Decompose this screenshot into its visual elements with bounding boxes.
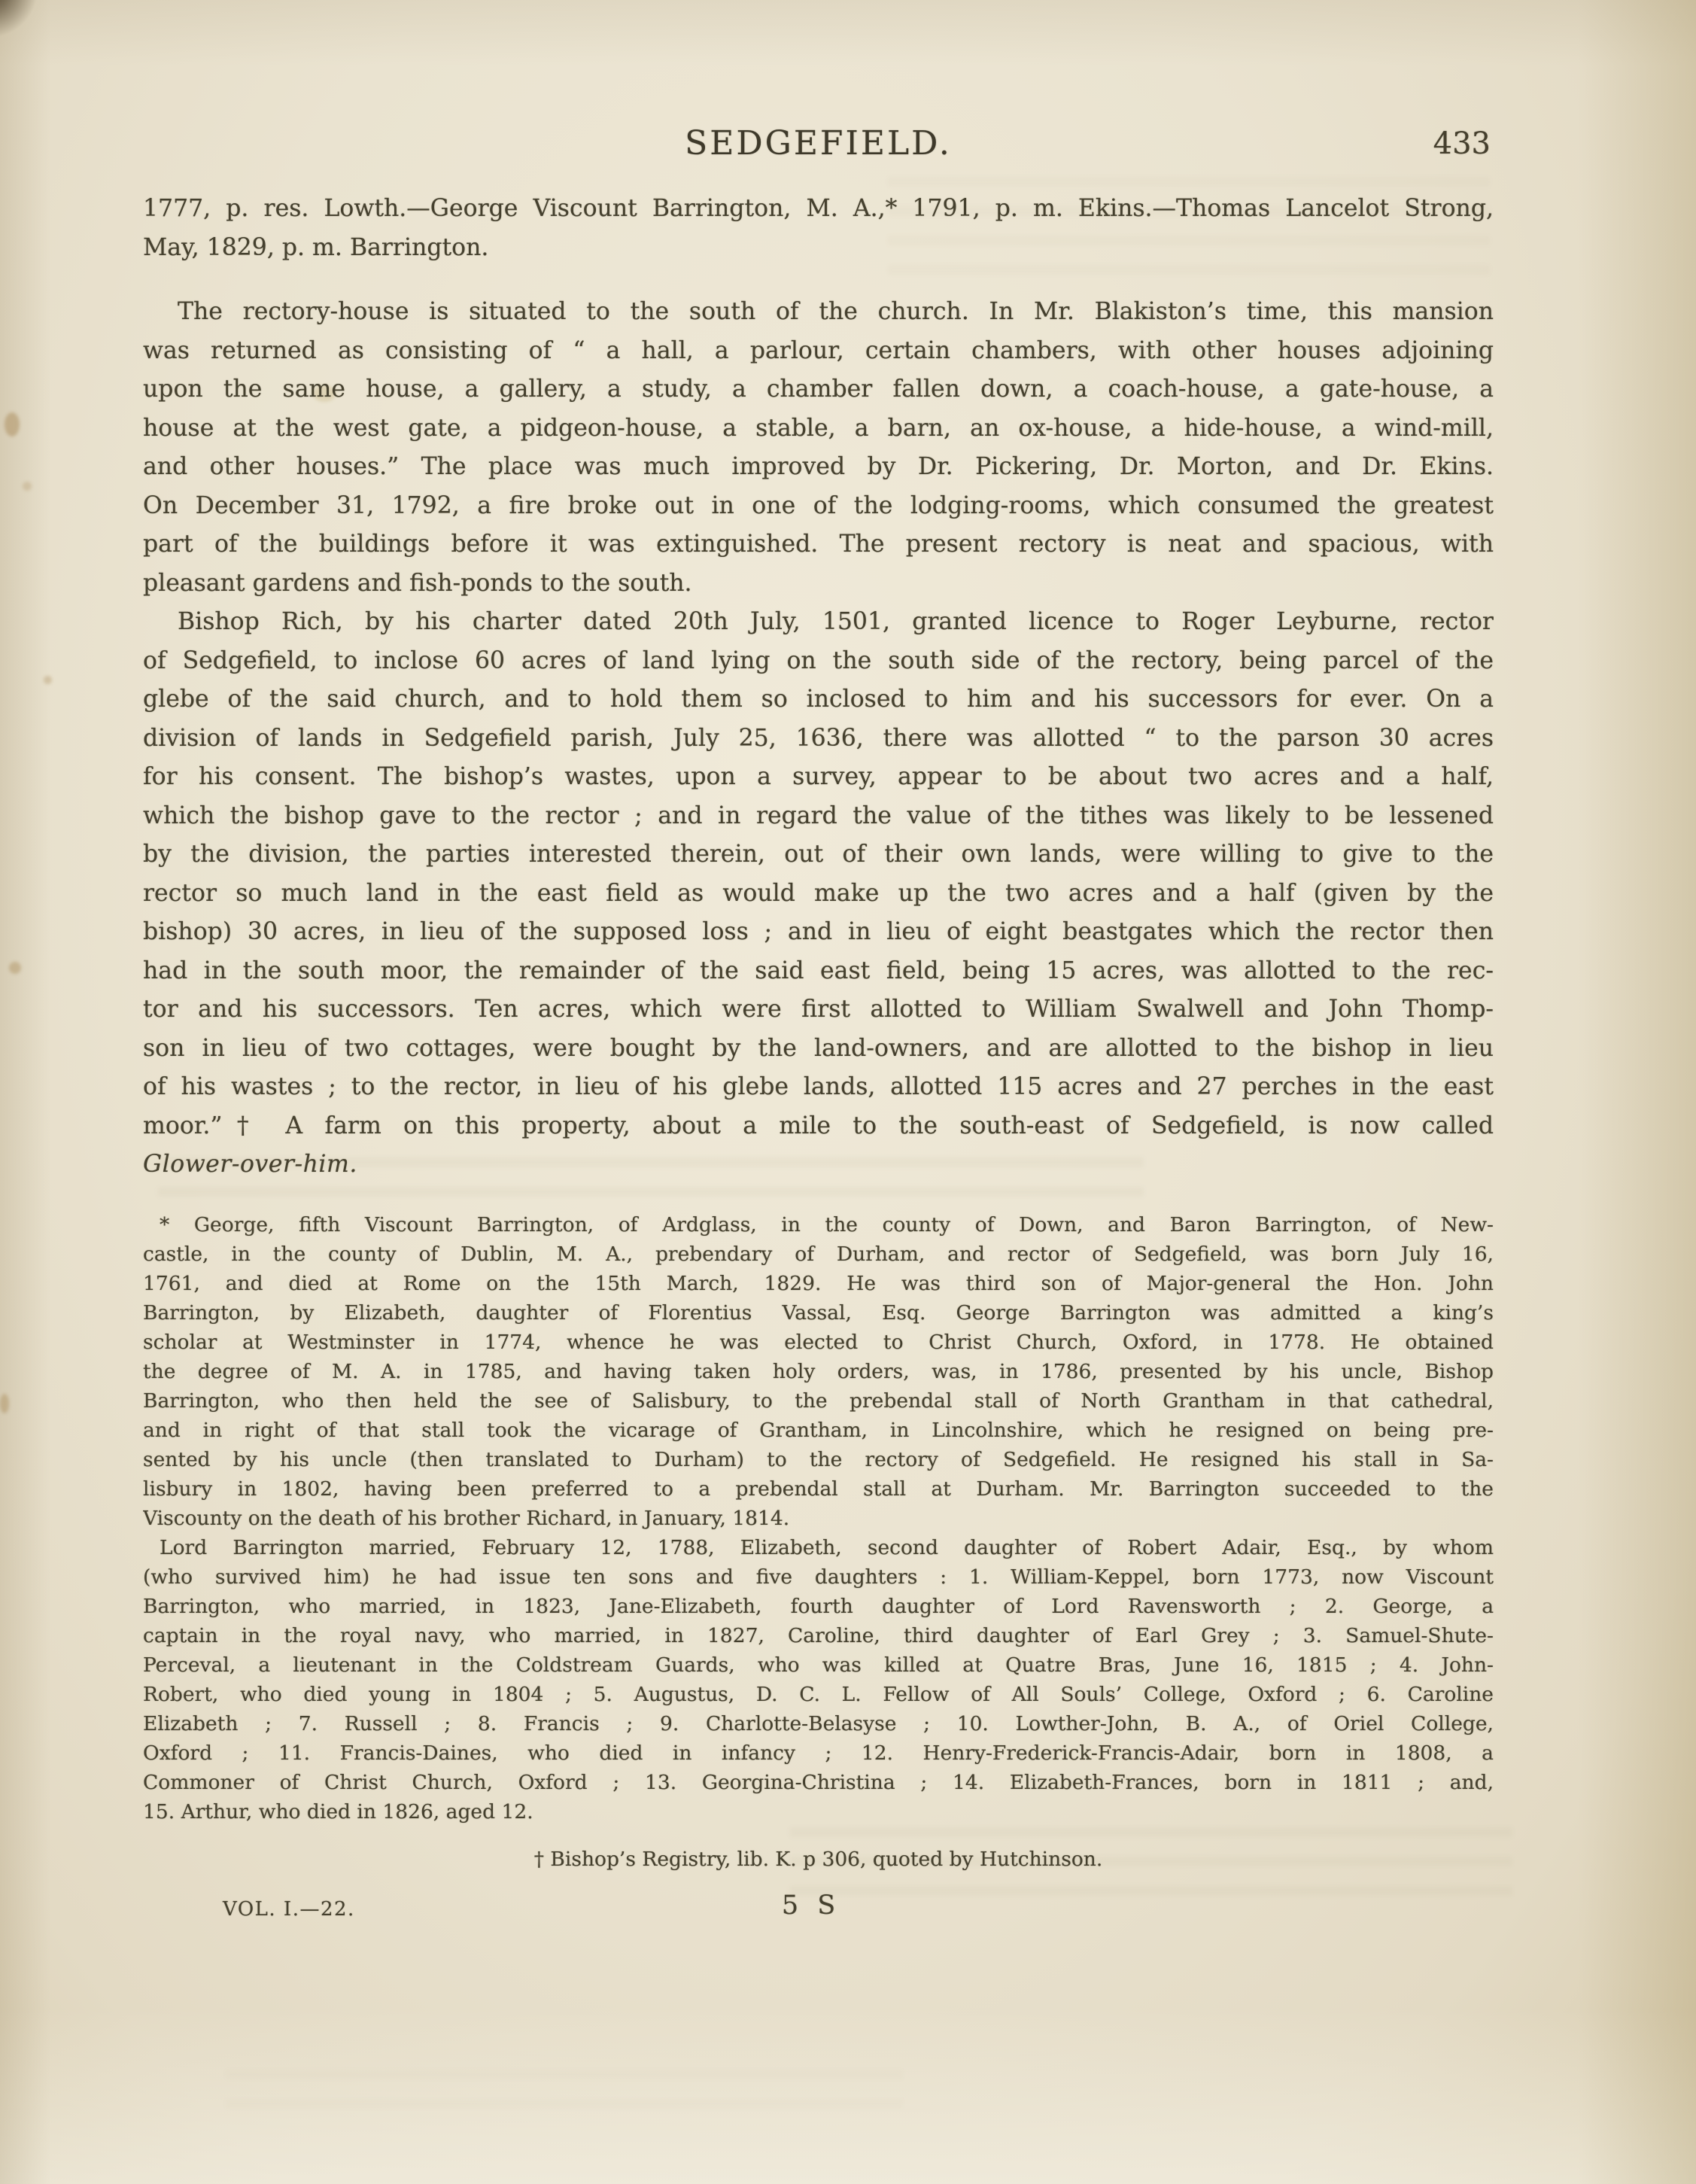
text-line: by the division, the parties interested …	[143, 835, 1494, 875]
text-line: house at the west gate, a pidgeon-house,…	[143, 409, 1494, 449]
paragraph-bishop-rich: Bishop Rich, by his charter dated 20th J…	[143, 603, 1494, 1145]
text-column: SEDGEFIELD. 433 1777, p. res. Lowth.—Geo…	[143, 124, 1494, 1925]
paragraph-incumbents: 1777, p. res. Lowth.—George Viscount Bar…	[143, 190, 1494, 267]
scanned-book-page: SEDGEFIELD. 433 1777, p. res. Lowth.—Geo…	[0, 0, 1696, 2184]
page-title: SEDGEFIELD.	[685, 124, 952, 163]
page-footer: VOL. I.—22. 5 S	[143, 1890, 1494, 1925]
paper-stain	[9, 962, 21, 974]
text-line: 1777, p. res. Lowth.—George Viscount Bar…	[143, 190, 1494, 229]
text-line: scholar at Westminster in 1774, whence h…	[143, 1328, 1494, 1357]
paper-stain	[0, 1394, 9, 1413]
volume-mark: VOL. I.—22.	[223, 1898, 355, 1921]
text-line: 15. Arthur, who died in 1826, aged 12.	[143, 1797, 1494, 1827]
text-line: bishop) 30 acres, in lieu of the suppose…	[143, 913, 1494, 952]
text-line: for his consent. The bishop’s wastes, up…	[143, 758, 1494, 797]
text-line: May, 1829, p. m. Barrington.	[143, 229, 1494, 268]
text-line: The rectory-house is situated to the sou…	[143, 293, 1494, 332]
text-line: Barrington, by Elizabeth, daughter of Fl…	[143, 1298, 1494, 1328]
text-line: the degree of M. A. in 1785, and having …	[143, 1357, 1494, 1386]
text-line: captain in the royal navy, who married, …	[143, 1621, 1494, 1650]
text-line: and in right of that stall took the vica…	[143, 1416, 1494, 1445]
text-line: Elizabeth ; 7. Russell ; 8. Francis ; 9.…	[143, 1709, 1494, 1738]
text-line: lisbury in 1802, having been preferred t…	[143, 1474, 1494, 1504]
text-line: upon the same house, a gallery, a study,…	[143, 370, 1494, 409]
footnotes: * George, fifth Viscount Barrington, of …	[143, 1210, 1494, 1874]
text-line: * George, fifth Viscount Barrington, of …	[143, 1210, 1494, 1240]
ink-show-through	[226, 2070, 903, 2115]
text-line: and other houses.” The place was much im…	[143, 448, 1494, 487]
text-line: was returned as consisting of “ a hall, …	[143, 332, 1494, 371]
text-line: sented by his uncle (then translated to …	[143, 1445, 1494, 1474]
text-line: (who survived him) he had issue ten sons…	[143, 1562, 1494, 1592]
text-line: On December 31, 1792, a fire broke out i…	[143, 487, 1494, 526]
paper-stain	[44, 676, 52, 684]
text-line: pleasant gardens and fish-ponds to the s…	[143, 564, 1494, 604]
text-line: Viscounty on the death of his brother Ri…	[143, 1504, 1494, 1533]
text-line: moor.”† A farm on this property, about a…	[143, 1107, 1494, 1146]
text-line: Oxford ; 11. Francis-Daines, who died in…	[143, 1738, 1494, 1768]
footnote-star-barrington: * George, fifth Viscount Barrington, of …	[143, 1210, 1494, 1533]
running-head: SEDGEFIELD. 433	[143, 124, 1494, 160]
text-line: Perceval, a lieutenant in the Coldstream…	[143, 1650, 1494, 1680]
printers-signature-mark: 5 S	[782, 1890, 840, 1921]
text-line: Barrington, who then held the see of Sal…	[143, 1386, 1494, 1416]
text-line: Robert, who died young in 1804 ; 5. Augu…	[143, 1680, 1494, 1709]
text-line: of his wastes ; to the rector, in lieu o…	[143, 1068, 1494, 1107]
body-text: 1777, p. res. Lowth.—George Viscount Bar…	[143, 190, 1494, 1185]
farm-name-italic: Glower-over-him.	[143, 1145, 1494, 1185]
text-line: had in the south moor, the remainder of …	[143, 952, 1494, 991]
text-line: Bishop Rich, by his charter dated 20th J…	[143, 603, 1494, 642]
text-line: of Sedgefield, to inclose 60 acres of la…	[143, 642, 1494, 681]
text-line: part of the buildings before it was exti…	[143, 525, 1494, 564]
text-line: castle, in the county of Dublin, M. A., …	[143, 1240, 1494, 1269]
text-line: son in lieu of two cottages, were bought…	[143, 1030, 1494, 1069]
text-line: 1761, and died at Rome on the 15th March…	[143, 1269, 1494, 1298]
paragraph-rectory-house: The rectory-house is situated to the sou…	[143, 293, 1494, 603]
text-line: division of lands in Sedgefield parish, …	[143, 719, 1494, 759]
paper-stain	[5, 412, 20, 436]
paper-stain	[23, 482, 32, 491]
footnote-family: Lord Barrington married, February 12, 17…	[143, 1533, 1494, 1827]
text-line: Barrington, who married, in 1823, Jane-E…	[143, 1592, 1494, 1621]
text-line: tor and his successors. Ten acres, which…	[143, 990, 1494, 1030]
footnote-dagger-registry: † Bishop’s Registry, lib. K. p 306, quot…	[143, 1845, 1494, 1874]
text-line: Lord Barrington married, February 12, 17…	[143, 1533, 1494, 1562]
text-line: glebe of the said church, and to hold th…	[143, 680, 1494, 719]
text-line: rector so much land in the east field as…	[143, 875, 1494, 914]
page-number: 433	[1433, 126, 1491, 161]
text-line: Commoner of Christ Church, Oxford ; 13. …	[143, 1768, 1494, 1797]
text-line: which the bishop gave to the rector ; an…	[143, 797, 1494, 836]
